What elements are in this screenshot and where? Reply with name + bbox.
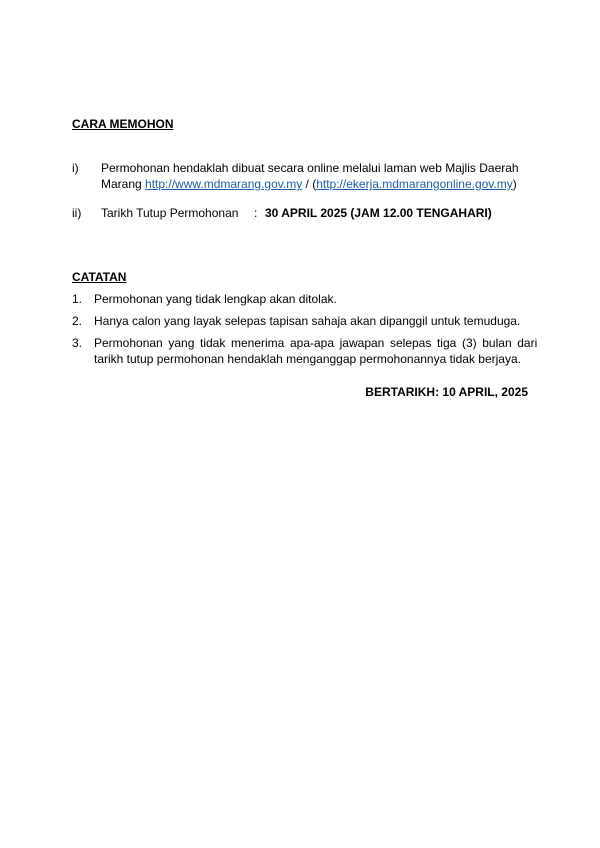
item-marker-ii: ii) [72,205,81,221]
note-1: Permohonan yang tidak lengkap akan ditol… [94,291,337,307]
dated-label: BERTARIKH: 10 APRIL, 2025 [365,384,528,400]
item-i-prefix: Marang [101,177,145,191]
section-heading-catatan: CATATAN [72,270,126,284]
section-heading-cara-memohon: CARA MEMOHON [72,117,174,131]
item-i-line1: Permohonan hendaklah dibuat secara onlin… [101,160,519,176]
link-mdmarang[interactable]: http://www.mdmarang.gov.my [145,177,302,191]
note-marker-3: 3. [72,335,82,351]
item-marker-i: i) [72,160,79,176]
note-3-line1: Permohonan yang tidak menerima apa-apa j… [94,335,537,351]
item-i-line2: Marang http://www.mdmarang.gov.my / (htt… [101,176,517,192]
note-2: Hanya calon yang layak selepas tapisan s… [94,313,520,329]
closing-date-colon: : [254,205,257,221]
item-i-separator: / ( [302,177,316,191]
note-marker-2: 2. [72,313,82,329]
closing-date-value: 30 APRIL 2025 (JAM 12.00 TENGAHARI) [265,205,492,221]
link-ekerja[interactable]: http://ekerja.mdmarangonline.gov.my [316,177,513,191]
closing-date-label: Tarikh Tutup Permohonan [101,205,238,221]
item-i-suffix: ) [513,177,517,191]
note-marker-1: 1. [72,291,82,307]
note-3-line2: tarikh tutup permohonan hendaklah mengan… [94,351,521,367]
